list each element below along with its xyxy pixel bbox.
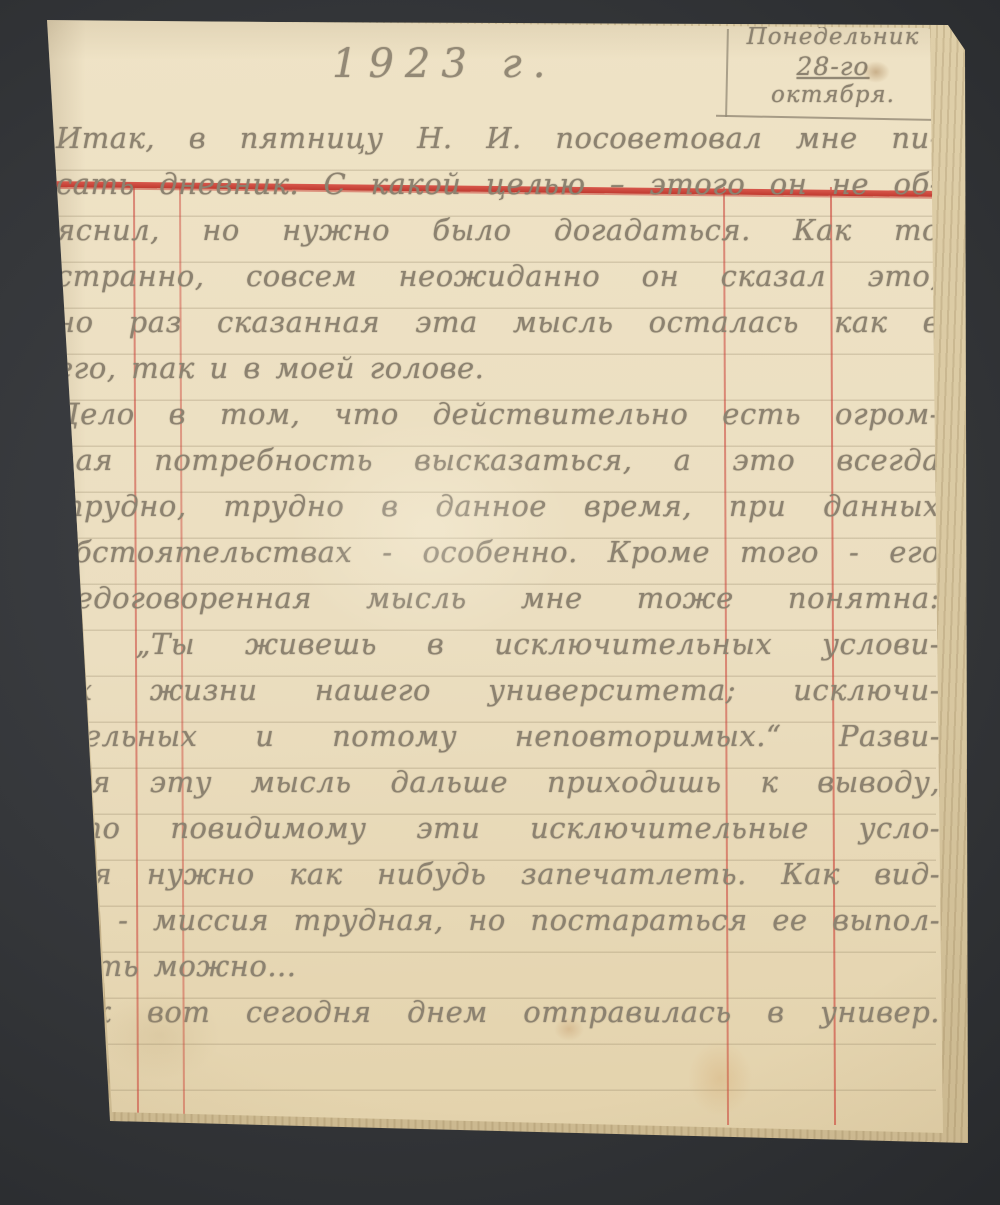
- diary-page: 1923 г. Понедельник 28-го октября. Итак,…: [40, 15, 952, 1142]
- handwritten-line: что повидимому эти исключительные усло-: [56, 805, 940, 851]
- handwritten-line: трудно, трудно в данное время, при данны…: [56, 483, 940, 529]
- handwritten-line: сать дневник. С какой целью – этого он н…: [56, 161, 940, 207]
- year-heading: 1923 г.: [332, 41, 556, 87]
- handwritten-line: ях жизни нашего университета; исключи-: [56, 667, 940, 713]
- date-month: октября.: [722, 81, 944, 110]
- handwritten-line: недоговоренная мысль мне тоже понятна:: [56, 575, 940, 621]
- date-day: 28-го: [722, 52, 944, 81]
- handwritten-line: но раз сказанная эта мысль осталась как …: [56, 299, 940, 345]
- handwritten-line: ная потребность высказаться, а это всегд…: [56, 437, 940, 483]
- handwritten-line: вая эту мысль дальше приходишь к выводу,: [56, 759, 940, 805]
- handwritten-line: Дело в том, что действительно есть огром…: [56, 391, 940, 437]
- handwritten-line: вия нужно как нибудь запечатлеть. Как ви…: [56, 851, 940, 897]
- handwritten-line: но - миссия трудная, но постараться ее в…: [56, 897, 940, 943]
- date-box: Понедельник 28-го октября.: [722, 23, 944, 123]
- handwritten-line: яснил, но нужно было догадаться. Как то: [56, 207, 940, 253]
- handwritten-line: Так вот сегодня днем отправилась в униве…: [56, 989, 940, 1035]
- handwritten-line: тельных и потому неповторимых.“ Разви-: [56, 713, 940, 759]
- diary-photo: 1923 г. Понедельник 28-го октября. Итак,…: [0, 0, 1000, 1205]
- diary-text: Итак, в пятницу Н. И. посоветовал мне пи…: [56, 115, 940, 1035]
- handwritten-line: — „Ты живешь в исключительных услови-: [56, 621, 940, 667]
- handwritten-line: нить можно...: [56, 943, 940, 989]
- handwritten-line: странно, совсем неожиданно он сказал это…: [56, 253, 940, 299]
- handwritten-line: его, так и в моей голове.: [56, 345, 940, 391]
- handwritten-line: обстоятельствах - особенно. Кроме того -…: [56, 529, 940, 575]
- handwritten-line: Итак, в пятницу Н. И. посоветовал мне пи…: [56, 115, 940, 161]
